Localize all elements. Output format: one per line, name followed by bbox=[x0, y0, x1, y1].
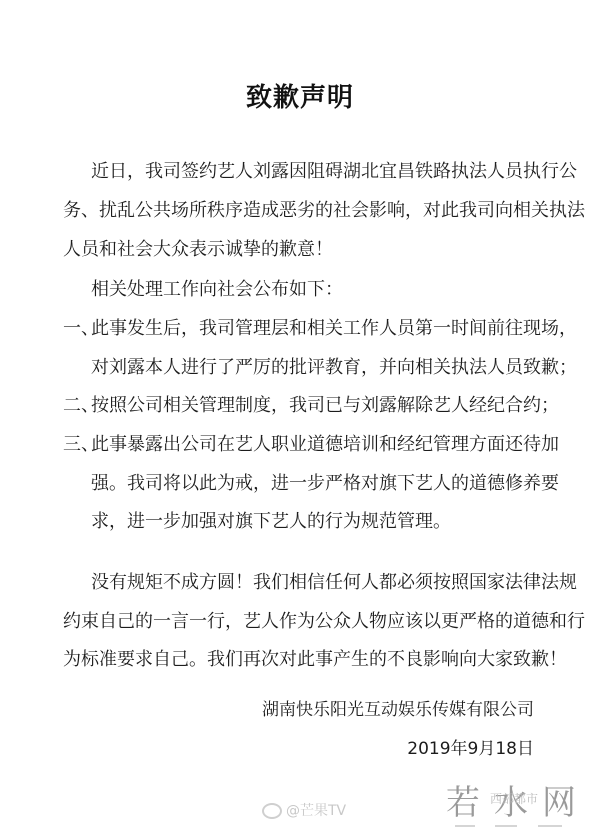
list-item-3: 三、此事暴露出公司在艺人职业道德培训和经纪管理方面还待加 bbox=[63, 433, 559, 457]
list-item-2: 二、按照公司相关管理制度，我司已与刘露解除艺人经纪合约； bbox=[63, 394, 559, 418]
list-item-1-line-1: 此事发生后，我司管理层和相关工作人员第一时间前往现场， bbox=[91, 318, 577, 339]
list-item-3-line-3: 求，进一步加强对旗下艺人的行为规范管理。 bbox=[91, 510, 451, 534]
weibo-watermark-text: @芒果TV bbox=[286, 803, 346, 819]
list-item-3-line-2: 强。我司将以此为戒，进一步严格对旗下艺人的道德修养要 bbox=[91, 472, 559, 496]
watermark-underline-1 bbox=[455, 825, 475, 827]
document-title: 致歉声明 bbox=[0, 82, 600, 114]
list-item-1-line-2: 对刘露本人进行了严厉的批评教育，并向相关执法人员致歉； bbox=[91, 356, 577, 380]
watermark-underline-2 bbox=[495, 825, 517, 827]
list-item-1: 一、此事发生后，我司管理层和相关工作人员第一时间前往现场， bbox=[63, 317, 577, 341]
watermark-underline-3 bbox=[538, 825, 562, 827]
signature-date: 2019年9月18日 bbox=[407, 737, 534, 761]
site-watermark-sub: 西部都市 bbox=[490, 790, 538, 807]
closing-line-1: 没有规矩不成方圆！我们相信任何人都必须按照国家法律法规 bbox=[91, 571, 577, 595]
weibo-logo-icon bbox=[262, 803, 282, 819]
paragraph-1-line-2: 务、扰乱公共场所秩序造成恶劣的社会影响，对此我司向相关执法 bbox=[63, 199, 585, 223]
closing-line-3: 为标准要求自己。我们再次对此事产生的不良影响向大家致歉！ bbox=[63, 648, 567, 672]
paragraph-1-line-3: 人员和社会大众表示诚挚的歉意！ bbox=[63, 238, 333, 262]
list-marker-1: 一、 bbox=[63, 317, 91, 341]
intro-line: 相关处理工作向社会公布如下： bbox=[91, 278, 343, 302]
weibo-watermark: @芒果TV bbox=[262, 800, 346, 820]
closing-line-2: 约束自己的一言一行，艺人作为公众人物应该以更严格的道德和行 bbox=[63, 610, 585, 634]
list-item-3-line-1: 此事暴露出公司在艺人职业道德培训和经纪管理方面还待加 bbox=[91, 434, 559, 455]
signature-company: 湖南快乐阳光互动娱乐传媒有限公司 bbox=[262, 698, 534, 722]
list-item-2-line-1: 按照公司相关管理制度，我司已与刘露解除艺人经纪合约； bbox=[91, 395, 559, 416]
list-marker-2: 二、 bbox=[63, 394, 91, 418]
list-marker-3: 三、 bbox=[63, 433, 91, 457]
paragraph-1-line-1: 近日，我司签约艺人刘露因阻碍湖北宜昌铁路执法人员执行公 bbox=[91, 160, 577, 184]
